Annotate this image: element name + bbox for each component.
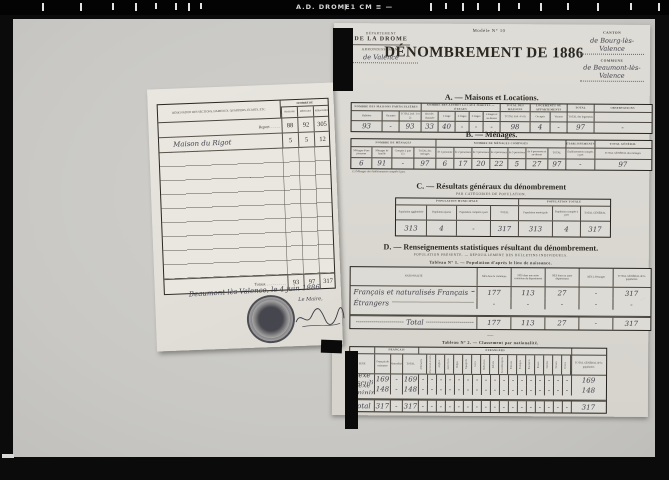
cell: NÉS dans une autre commune du départemen… (511, 268, 545, 286)
cell: Portugais (517, 355, 526, 374)
cell (594, 113, 651, 122)
table-column-header: NATIONALITÉNÉS dans la communeNÉS dans u… (351, 267, 651, 288)
ruler-tick (498, 3, 500, 11)
cell: 97 (547, 159, 565, 169)
film-ruler-bar: A.D. DROME | 1 CM ≡ — (0, 0, 669, 15)
cell: Comptés à part (1) (391, 147, 413, 157)
cell: 97 (413, 159, 435, 169)
ruler-tick (477, 3, 479, 10)
group-header-cell (571, 348, 605, 354)
dotted-leader (427, 321, 474, 322)
cell: - (490, 401, 499, 412)
tableau2-nationalite: FRANÇAISÉTRANGERS SEXE Français de naiss… (349, 346, 607, 414)
cell: - (578, 299, 612, 310)
cell: - (390, 384, 402, 394)
ruler-tick (188, 3, 190, 11)
group-header-cell: LOGEMENTS OU APPARTEMENTS (530, 104, 567, 111)
archive-label: A.D. DROME (296, 3, 351, 11)
group-header-cell: TOTAL DES MAISONS (500, 104, 530, 111)
cell: - (445, 385, 454, 395)
cell: 22 (489, 159, 507, 169)
cell: 313 (518, 221, 552, 236)
cell: - (535, 385, 544, 395)
cell: 169 (402, 374, 418, 384)
group-header-cell: ÉTRANGERS (418, 348, 571, 355)
cell: - (490, 375, 499, 385)
table-row-feminin: Sexe féminin 148-148-----------------148 (350, 384, 606, 396)
ruler-tick (445, 3, 447, 9)
cell: - (472, 385, 481, 395)
cell: 317 (571, 401, 605, 412)
cell: 177 (477, 287, 511, 298)
ruler-tick (80, 3, 82, 11)
cell: 27 (525, 159, 547, 169)
cell: - (578, 318, 612, 330)
cell: - (463, 401, 472, 412)
table-resultats-generaux: POPULATION MUNICIPALEPOPULATION TOTALE P… (395, 197, 611, 237)
cell: 317 (374, 400, 390, 411)
cell: - (517, 375, 526, 385)
maire-label: Le Maire, (298, 296, 323, 303)
cell: Belges (454, 355, 463, 374)
col-menages: MÉNAGES (297, 106, 313, 117)
cell: 4 étages et au-dessus (483, 112, 500, 121)
binding-shadow-mark (333, 28, 353, 91)
cell: 12 (314, 132, 331, 147)
group-header-cell: NOMBRE DE MÉNAGES COMPOSÉS (435, 140, 565, 148)
cell: 317 (612, 318, 649, 330)
cell: - (544, 298, 578, 309)
cell: - (526, 401, 535, 412)
cell: Suisses (553, 355, 562, 374)
form-title: DÉNOMBREMENT DE 1886 (362, 44, 606, 62)
ruler-tick (462, 3, 464, 11)
dotted-leader (471, 291, 473, 292)
row-label-text: Total (406, 318, 424, 326)
cell: TOTAL (col. 4 à 8) (500, 112, 530, 121)
cell: TOTAL GÉNÉRAL des ménages (594, 149, 650, 159)
bordereau-table: DÉSIGNATION DES SECTIONS, HAMEAUX, QUART… (157, 98, 336, 295)
cell: Population agglomérée (396, 205, 426, 219)
cell: - (454, 401, 463, 412)
ruler-tick (430, 3, 432, 11)
cell: 317 (580, 222, 609, 237)
cell: Alsaciens-Lorrains (427, 355, 436, 374)
group-header-cell: NOMBRE DES MAISONS PARTICULIÈRES (352, 103, 421, 110)
cell: 169 (374, 374, 390, 384)
cell: Grecs (472, 355, 481, 374)
cell: - (390, 400, 402, 411)
cell: Ménages de famille (371, 147, 391, 157)
cell: 5 (298, 132, 315, 147)
cell: - (445, 375, 454, 385)
table-row-total: Total 17711327-317 (350, 315, 650, 330)
cell: Vacants (550, 112, 567, 121)
cell: - (436, 385, 445, 395)
corner-clip-mark (321, 340, 342, 354)
cell: 148 (374, 384, 390, 394)
cell: NÉS à l'étranger (579, 269, 613, 287)
cell: de 3 personnes (471, 148, 489, 158)
ruler-tick (658, 3, 660, 11)
cell: - (436, 375, 445, 385)
row-label: Total (350, 316, 476, 329)
empty-ruled-rows (159, 147, 334, 280)
cell: 5 (507, 159, 525, 169)
film-edge-mark (2, 454, 14, 458)
cell: Population éparse (426, 206, 456, 220)
cell: de 4 personnes (489, 148, 507, 158)
cell: - (517, 385, 526, 395)
dotted-leader (356, 321, 403, 322)
cell: - (565, 159, 594, 169)
table-values-row: 3134-3173134317 (396, 220, 610, 236)
cell: 17 (453, 159, 471, 169)
cell: 4 (552, 221, 580, 236)
cell: - (481, 401, 490, 412)
department-label: DÉPARTEMENT (344, 31, 418, 35)
cell: TOTAL (col. 1 et 2) (399, 111, 421, 120)
cell: - (418, 401, 427, 412)
cell: - (553, 375, 562, 385)
group-header-cell: ÉTABLISSEMENTS (565, 140, 594, 147)
cell: - (476, 298, 510, 309)
cell: Autrichiens (445, 355, 454, 374)
cell: 305 (313, 117, 330, 132)
cell: Rez-de-chaussée (421, 112, 438, 121)
cell: - (427, 375, 436, 385)
cell: Anglais (436, 355, 445, 374)
section-d-subtitle: POPULATION PRÉSENTE. — DÉPOUILLEMENT DES… (333, 252, 649, 258)
cell: Population comptée à part (456, 206, 490, 220)
cell: 317 (490, 221, 518, 236)
cell: - (612, 299, 649, 310)
group-header-cell: POPULATION TOTALE (518, 199, 609, 206)
cell: - (463, 375, 472, 385)
group-header-cell: POPULATION MUNICIPALE (396, 198, 518, 205)
table-values-row: 691-97617202252797-97 (351, 158, 651, 170)
cell: 27 (544, 317, 578, 329)
cell: Population municipale (518, 206, 552, 220)
cell: 88 (281, 118, 298, 133)
cell: - (562, 385, 571, 395)
cell: - (544, 401, 553, 412)
table-column-header: SEXE Français de naissanceNaturalisésTOT… (350, 354, 606, 376)
row-label: Français et naturalisés Français (351, 286, 477, 298)
cell: Suédois (544, 355, 553, 374)
cell: 4 (426, 221, 456, 236)
section-d-title: D. — Renseignements statistiques résulta… (333, 242, 649, 253)
cell: - (454, 385, 463, 395)
dotted-leader (392, 301, 473, 302)
cell: - (499, 401, 508, 412)
group-header-cell: NOMBRE DE MÉNAGES (351, 139, 435, 147)
cell: TOTAL GÉNÉRAL (580, 207, 609, 221)
tableau2-caption: Tableau N° 2. — Classement par nationali… (332, 339, 648, 346)
table-menages: NOMBRE DE MÉNAGESNOMBRE DE MÉNAGES COMPO… (350, 138, 652, 171)
cell: TOTAL des ménages (413, 148, 435, 158)
nombre-de-header: NOMBRE DE MAISONS MÉNAGES PERSONNES (281, 99, 330, 118)
section-c-title: C. — Résultats généraux du dénombrement (333, 181, 649, 192)
cell: - (391, 158, 413, 168)
cell: - (562, 401, 571, 412)
cell: de 5 personnes (507, 148, 525, 158)
cell: - (499, 385, 508, 395)
cell: 92 (297, 117, 314, 132)
cell: 313 (396, 220, 426, 235)
mairie-stamp (242, 290, 300, 348)
cell: - (445, 401, 454, 412)
cell: 5 (282, 133, 299, 148)
cell: 3 étages (469, 112, 483, 121)
canton-commune-block: CANTON de Bourg-lès-Valence COMMUNE de B… (580, 31, 644, 82)
ruler-tick (630, 3, 632, 10)
group-header-cell: NOMBRE DES AUTRES LOCAUX HABITÉS — ÉTAGE… (421, 104, 500, 111)
cell: TOTAL (490, 206, 518, 220)
cell: 91 (371, 158, 391, 168)
cell: TOTAL (547, 148, 565, 158)
cell: - (472, 401, 481, 412)
row-label-text: Étrangers (353, 299, 389, 307)
cell: - (418, 375, 427, 385)
cell: Ménages d'une personne (351, 147, 371, 157)
section-a-title: A. — Maisons et Locations. (334, 92, 650, 103)
ruler-tick (540, 3, 542, 11)
cell: 20 (471, 159, 489, 169)
ruler-tick (112, 3, 114, 10)
cell: - (562, 375, 571, 385)
cell: Allemands (418, 355, 427, 374)
cell: - (427, 385, 436, 395)
table-row-etrangers: Étrangers ----- (350, 297, 650, 310)
cell: - (535, 401, 544, 412)
commune-value: de Beaumont-lès-Valence (580, 64, 644, 82)
cell: - (499, 375, 508, 385)
row-label: Étrangers (350, 297, 476, 309)
table-column-header: Population aggloméréePopulation éparsePo… (396, 205, 610, 221)
commune-label: COMMUNE (580, 58, 644, 62)
cell: - (508, 375, 517, 385)
cell: - (454, 375, 463, 385)
ruler-tick (42, 3, 44, 11)
cell: - (481, 375, 490, 385)
bordereau-page: DÉSIGNATION DES SECTIONS, HAMEAUX, QUART… (147, 83, 343, 352)
table-row-total: Total 317-317-----------------317 (350, 399, 606, 413)
microfilm-scan-view: A.D. DROME | 1 CM ≡ — DÉPARTEMENT DE LA … (0, 0, 669, 480)
cell: - (390, 374, 402, 384)
cell: - (510, 298, 544, 309)
cell: Établissements comptés à part (565, 148, 594, 158)
ruler-tick (135, 3, 137, 11)
canton-label: CANTON (580, 31, 644, 35)
ruler-tick (518, 3, 520, 9)
cell: - (427, 401, 436, 412)
cell: - (463, 385, 472, 395)
film-scale-label: | 1 CM ≡ — (344, 3, 393, 11)
cell: Divers (562, 355, 571, 374)
cell: 27 (545, 287, 579, 298)
department-name: DE LA DROME (344, 36, 418, 42)
ruler-tick (200, 3, 202, 9)
cell: de 1 personne (435, 148, 453, 158)
col-maisons: MAISONS (281, 107, 297, 118)
cell: Roumains (526, 355, 535, 374)
cell: NÉS dans la commune (477, 268, 511, 286)
tableau1-lieu-naissance: NATIONALITÉNÉS dans la communeNÉS dans u… (349, 266, 651, 331)
cell: - (472, 375, 481, 385)
section-c-subtitle: PAR CATÉGORIES DE POPULATION. (333, 191, 649, 197)
group-header-cell: OBSERVATIONS (594, 105, 651, 112)
cell: - (526, 385, 535, 395)
cell: 148 (571, 385, 605, 395)
cell: 1 étage (438, 112, 455, 121)
cell: Naturalisés (390, 354, 402, 373)
cell: Luxembourgeois (499, 355, 508, 374)
cell: 6 (435, 159, 453, 169)
group-header-cell: TOTAL GÉNÉRAL (594, 141, 650, 148)
cell: 6 (351, 158, 371, 168)
cell: Habitées (352, 111, 382, 120)
ruler-tick (597, 3, 599, 11)
ruler-tick (175, 3, 177, 10)
cell: - (490, 385, 499, 395)
cell: Occupés (530, 112, 550, 121)
ruler-tick (155, 3, 157, 9)
cell: - (436, 401, 445, 412)
cell: - (517, 401, 526, 412)
cell: 148 (402, 384, 418, 394)
side-bar-mark (345, 351, 358, 429)
cell: - (526, 375, 535, 385)
cell: 97 (594, 160, 650, 170)
cell: NÉS dans un autre département (545, 268, 579, 286)
cell: TOTAL (402, 354, 418, 373)
cell: TOTAL GÉNÉRAL de la population (571, 355, 605, 374)
cell: Polonais (508, 355, 517, 374)
tableau1-caption: Tableau N° 1. — Population d'après le li… (333, 259, 649, 266)
ruler-tick (567, 3, 569, 10)
cell: 317 (402, 400, 418, 411)
canton-value: de Bourg-lès-Valence (580, 36, 644, 54)
cell: Italiens (490, 355, 499, 374)
cell: de 6 personnes et au-dessus (525, 148, 547, 158)
cell: de 2 personnes (453, 148, 471, 158)
cell: - (553, 385, 562, 395)
cell: TOTAL des logements (567, 112, 594, 121)
cell: Hollandais (481, 355, 490, 374)
signature (293, 304, 346, 332)
group-header-cell: FRANÇAIS (374, 347, 418, 353)
cell: TOTAL GÉNÉRAL de la population (613, 269, 650, 287)
cell: Vacantes (382, 111, 399, 120)
cell: - (579, 288, 613, 299)
col-personnes: PERSONNES (313, 106, 329, 117)
cell: 113 (510, 317, 544, 329)
cell: NATIONALITÉ (351, 267, 477, 286)
cell: - (544, 375, 553, 385)
group-header-cell: TOTAL (567, 104, 594, 111)
cell: 177 (476, 317, 510, 329)
cell: - (508, 401, 517, 412)
cell: 113 (511, 287, 545, 298)
cell: 169 (571, 375, 605, 385)
table-footnote: (1) Ménages des établissements comptés à… (352, 170, 405, 173)
cell: - (535, 375, 544, 385)
cell: - (508, 385, 517, 395)
cell: Français de naissance (374, 354, 390, 373)
cell: 2 étages (455, 112, 469, 121)
cell: - (553, 401, 562, 412)
cell: - (418, 385, 427, 395)
row-label-text: Français et naturalisés Français (354, 288, 469, 297)
cell: Russes (535, 355, 544, 374)
cell: Population comptée à part (552, 206, 580, 220)
cell: - (456, 221, 490, 236)
cell: - (481, 385, 490, 395)
cell: - (544, 385, 553, 395)
form-model-number: Modèle N° 10 (434, 28, 544, 34)
census-form-page: DÉPARTEMENT DE LA DROME ARRONDISSEMENT d… (332, 23, 650, 417)
cell: Espagnols (463, 355, 472, 374)
